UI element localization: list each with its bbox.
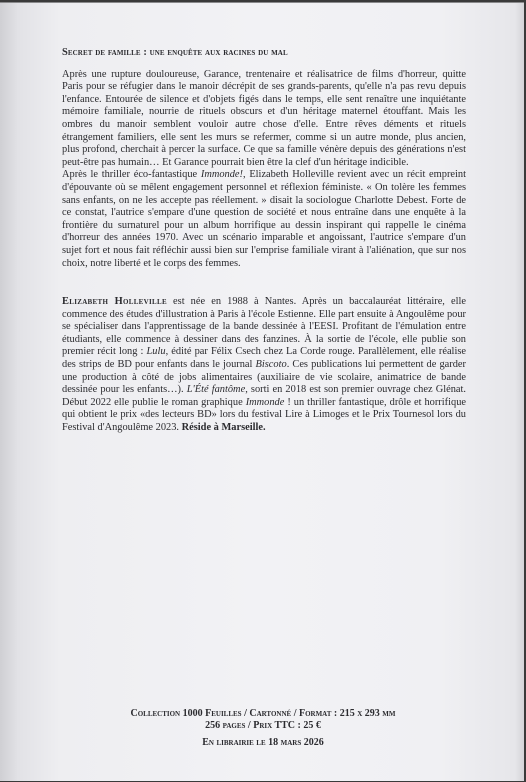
text-span: Après le thriller éco-fantastique — [62, 169, 201, 180]
synopsis-paragraph-2: Après le thriller éco-fantastique Immond… — [62, 169, 466, 270]
book-title: Immonde — [246, 397, 285, 408]
residence: Réside à Marseille. — [182, 422, 266, 433]
collection-format-line: Collection 1000 Feuilles / Cartonné / Fo… — [0, 708, 526, 720]
section-spacer — [62, 270, 466, 296]
document-page: Secret de famille : une enquête aux raci… — [0, 2, 524, 781]
author-bio: Elizabeth Holleville est née en 1988 à N… — [62, 296, 466, 435]
pages-price-line: 256 pages / Prix TTC : 25 € — [0, 720, 526, 732]
page-content: Secret de famille : une enquête aux raci… — [62, 47, 466, 435]
publication-details: Collection 1000 Feuilles / Cartonné / Fo… — [0, 708, 526, 749]
journal-title: Biscoto — [256, 359, 287, 370]
book-title: Immonde! — [201, 169, 243, 180]
synopsis-heading: Secret de famille : une enquête aux raci… — [62, 47, 466, 60]
release-date-line: En librairie le 18 mars 2026 — [0, 737, 526, 749]
book-title: Lulu — [147, 346, 166, 357]
book-title: L'Été fantôme — [187, 384, 245, 395]
text-span: , Elizabeth Holleville revient avec un r… — [62, 169, 466, 268]
author-name: Elizabeth Holleville — [62, 296, 167, 307]
synopsis-paragraph-1: Après une rupture douloureuse, Garance, … — [62, 69, 466, 170]
